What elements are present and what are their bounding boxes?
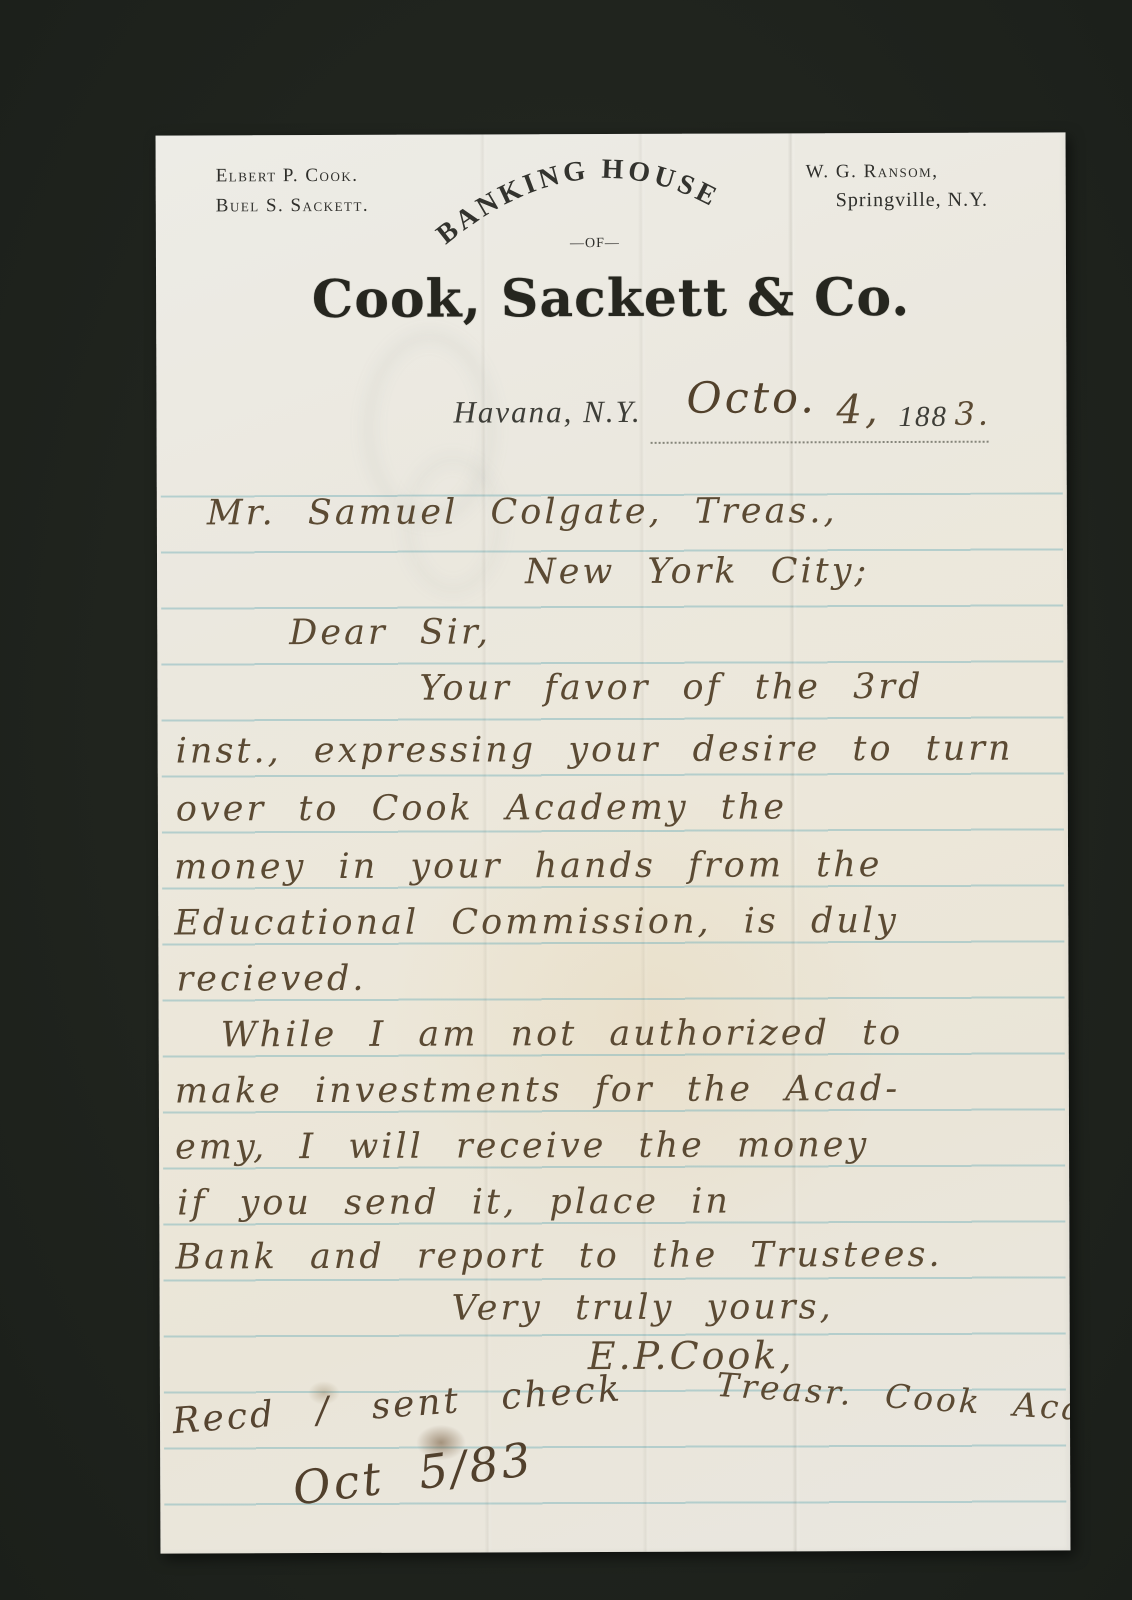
- salutation: Dear Sir,: [289, 612, 491, 653]
- letterhead-partner-location: Springville, N.Y.: [836, 189, 988, 213]
- letterhead-partner-name: Buel S. Sackett.: [216, 195, 369, 218]
- body-line: While I am not authorized to: [221, 1013, 904, 1055]
- recipient-line: Mr. Samuel Colgate, Treas.,: [207, 491, 838, 533]
- body-line: recieved.: [176, 959, 366, 1000]
- dateline-month-handwritten: Octo.: [686, 373, 817, 423]
- dateline-day-handwritten: 4,: [836, 387, 880, 433]
- letterhead-partner-name: Elbert P. Cook.: [216, 165, 359, 187]
- company-name: Cook, Sackett & Co.: [196, 267, 1026, 331]
- dateline-place-printed: Havana, N.Y.: [453, 394, 641, 431]
- body-line: if you send it, place in: [177, 1182, 731, 1224]
- body-line: make investments for the Acad-: [175, 1069, 900, 1112]
- body-line: Bank and report to the Trustees.: [175, 1235, 942, 1278]
- letterhead-partner-name: W. G. Ransom,: [806, 161, 939, 183]
- closing: Very truly yours,: [452, 1287, 834, 1328]
- body-line: inst., expressing your desire to turn: [176, 729, 1014, 772]
- dateline-year-printed: 188: [898, 401, 948, 434]
- body-line: money in your hands from the: [174, 845, 882, 887]
- body-line: Your favor of the 3rd: [419, 667, 923, 709]
- body-line: Educational Commission, is duly: [174, 901, 899, 944]
- recipient-city-line: New York City;: [525, 551, 869, 592]
- body-line: over to Cook Academy the: [176, 787, 787, 829]
- letterhead-of-separator: —OF—: [553, 236, 637, 252]
- dateline-year-digit-handwritten: 3.: [954, 395, 991, 433]
- photo-background: Elbert P. Cook. Buel S. Sackett. W. G. R…: [0, 0, 1132, 1600]
- letter-paper: Elbert P. Cook. Buel S. Sackett. W. G. R…: [156, 132, 1071, 1553]
- body-line: emy, I will receive the money: [175, 1125, 869, 1167]
